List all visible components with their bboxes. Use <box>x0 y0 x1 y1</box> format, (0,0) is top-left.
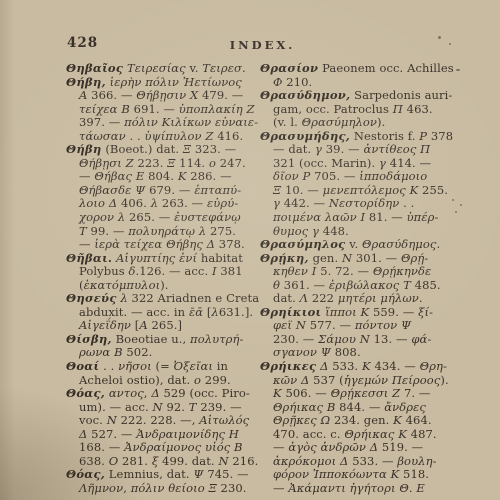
index-line: — dat. γ 39. — ἀντίθεος Π <box>260 143 474 157</box>
entry-headword: Θρασυμήδης, <box>260 129 350 143</box>
index-line: θυμος γ 448. <box>260 225 474 239</box>
index-line: Λῆμνον, πόλιν θείοιο Ξ 230. <box>66 482 253 496</box>
index-line: Θόας, Lemnius, dat. Ψ 745. — <box>66 468 253 482</box>
index-line: 321 (occ. Marin). γ 414. — <box>260 157 474 171</box>
index-line: Θρήικες Δ 533. Κ 434. — Θρη- <box>260 360 474 374</box>
index-line: (v. l. Θρασύμηλον). <box>260 116 474 130</box>
index-line: Θρηίκιοι ἵπποι Κ 559. — ξί- <box>260 306 474 320</box>
index-line: Θρῇκες Ω 234. gen. Κ 464. <box>260 414 474 428</box>
index-line: — Ἀκάμαντι ἡγήτορι Θ. Ε <box>260 482 474 496</box>
scan-speck <box>449 43 451 45</box>
index-line: λοιο Δ 406. λ 263. — εὐρύ- <box>66 197 253 211</box>
entry-headword: Θοαί <box>66 359 99 373</box>
text-columns: Θηβαῖος Τειρεσίας v. Τειρεσ.Θήβη, ἱερὴν … <box>66 62 474 496</box>
index-line: Θῆβαι. Αἰγυπτίης ἐνί habitat <box>66 252 253 266</box>
index-line: 230. — Σάμου Ν 13. — φά- <box>260 333 474 347</box>
index-line: 397. — πόλιν Κιλίκων εὐναιε- <box>66 116 253 130</box>
index-line: Τ 99. — πολυηράτῳ λ 275. <box>66 225 253 239</box>
index-line: gam, occ. Patroclus Π 463. <box>260 103 474 117</box>
index-line: Polybus δ.126. — acc. Ι 381 <box>66 265 253 279</box>
entry-headword: Θήβη, <box>66 75 106 89</box>
index-line: κῶν Δ 537 (ἡγεμών Πείροος). <box>260 374 474 388</box>
index-line: Αἰγεΐδην [Α 265.] <box>66 319 253 333</box>
index-line: — ἱερὰ τείχεα Θήβης Δ 378. <box>66 238 253 252</box>
entry-headword: Θίσβη, <box>66 332 112 346</box>
column-left: Θηβαῖος Τειρεσίας v. Τειρεσ.Θήβη, ἱερὴν … <box>66 62 253 496</box>
entry-headword: Θρήικες <box>260 359 316 373</box>
index-line: (ἑκατόμπυλοι). <box>66 279 253 293</box>
index-line: σγανον Ψ 808. <box>260 346 474 360</box>
index-line: Θρασύδημον, Sarpedonis auri- <box>260 89 474 103</box>
entry-headword: Θήβη <box>66 142 102 156</box>
entry-headword: Θηβαῖος <box>66 61 123 75</box>
index-line: φόρον Ἱπποκόωντα Κ 518. <box>260 468 474 482</box>
index-line: θ 361. — ἐριβώλακος Τ 485. <box>260 279 474 293</box>
index-line: Κ 506. — Θρῄκεσσι Ζ 7. — <box>260 387 474 401</box>
index-line: Δ 527. — Ἀνδραιμονίδης Η <box>66 428 253 442</box>
index-line: Θοαί . . νῆσοι (= Ὀξεῖαι in <box>66 360 253 374</box>
index-line: τάωσαν . . ὑψίπυλον Ζ 416. <box>66 130 253 144</box>
index-line: Θρῄκη, gen. Ν 301. — Θρῄ- <box>260 252 474 266</box>
index-line: voc. Ν 222. 228. —, Αἰτωλός <box>66 414 253 428</box>
index-line: um). — acc. Ν 92. Τ 239. — <box>66 401 253 415</box>
index-line: φεϊ Ν 577. — πόντον Ψ <box>260 319 474 333</box>
entry-headword: Θρασύδημον, <box>260 88 350 102</box>
index-page: 428 INDEX. Θηβαῖος Τειρεσίας v. Τειρεσ.Θ… <box>0 0 500 500</box>
index-line: Θήβη (Boeot.) dat. Ξ 323. — <box>66 143 253 157</box>
index-line: χορον λ 265. — ἐυστεφάνῳ <box>66 211 253 225</box>
index-line: ποιμένα λαῶν Ι 81. — ὑπέρ- <box>260 211 474 225</box>
scan-speck <box>456 69 460 71</box>
page-number: 428 <box>67 35 98 51</box>
index-line: Θήβασδε Ψ 679. — ἑπταπύ- <box>66 184 253 198</box>
scan-speck <box>452 199 454 201</box>
running-header: INDEX. <box>160 38 365 52</box>
index-line: — ἀγὸς ἀνδρῶν Δ 519. — <box>260 441 474 455</box>
entry-headword: Θρασύμηλος <box>260 237 346 251</box>
index-line: 168. — Ἀνδραίμονος υἱός Β <box>66 441 253 455</box>
index-line: Θηβαῖος Τειρεσίας v. Τειρεσ. <box>66 62 253 76</box>
index-line: ρωνα Β 502. <box>66 346 253 360</box>
index-line: dat. Λ 222 μητέρι μήλων. <box>260 292 474 306</box>
index-line: γ 442. — Νεστορίδην . . <box>260 197 474 211</box>
entry-headword: Θρῄκη, <box>260 251 309 265</box>
index-line: Ξ 10. — μενεπτόλεμος Κ 255. <box>260 184 474 198</box>
index-line: Θρασύμηλος v. Θρασύδημος. <box>260 238 474 252</box>
entry-headword: Θησεύς <box>66 291 117 305</box>
scan-speck <box>455 211 457 213</box>
index-line: — Θήβας Ε 804. Κ 286. — <box>66 170 253 184</box>
index-line: Acheloi ostio), dat. ο 299. <box>66 374 253 388</box>
index-line: Θίσβη, Boeotiae u., πολυτρή- <box>66 333 253 347</box>
index-line: 638. Ο 281. ξ 499. dat. Ν 216. <box>66 455 253 469</box>
entry-headword: Θῆβαι. <box>66 251 112 265</box>
index-line: ἀκρόκομοι Δ 533. — βουλη- <box>260 455 474 469</box>
index-line: Θησεύς λ 322 Ariadnen e Creta <box>66 292 253 306</box>
scanned-book-page: { "page": { "number": "428", "header": "… <box>0 0 500 500</box>
index-line: τείχεα Β 691. — ὑποπλακίη Ζ <box>66 103 253 117</box>
entry-headword: Θόας, <box>66 467 105 481</box>
index-line: Θρασίον Paeonem occ. Achilles <box>260 62 474 76</box>
index-line: Θρήικας Β 844. — ἄνδρες <box>260 401 474 415</box>
entry-headword: Θρασίον <box>260 61 318 75</box>
scan-speck <box>460 204 462 206</box>
index-line: Θήβῃσι Ζ 223. Ξ 114. ο 247. <box>66 157 253 171</box>
entry-headword: Θόας, <box>66 386 105 400</box>
entry-headword: Θρηίκιοι <box>260 305 321 319</box>
index-line: Φ 210. <box>260 76 474 90</box>
index-line: κηθεν Ι 5. 72. — Θρῄκηνδε <box>260 265 474 279</box>
index-line: Α 366. — Θήβῃσιν Χ 479. — <box>66 89 253 103</box>
index-line: δῖον Ρ 705. — ἱπποδάμοιο <box>260 170 474 184</box>
index-line: Θήβη, ἱερὴν πόλιν Ἠετίωνος <box>66 76 253 90</box>
scan-speck <box>438 36 441 39</box>
index-line: Θόας, αντος, Δ 529 (occ. Piro- <box>66 387 253 401</box>
index-line: Θρασυμήδης, Nestoris f. Ρ 378 <box>260 130 474 144</box>
index-line: 470. acc. c. Θρήικας Κ 487. <box>260 428 474 442</box>
column-right: Θρασίον Paeonem occ. AchillesΦ 210.Θρασύ… <box>260 62 474 496</box>
